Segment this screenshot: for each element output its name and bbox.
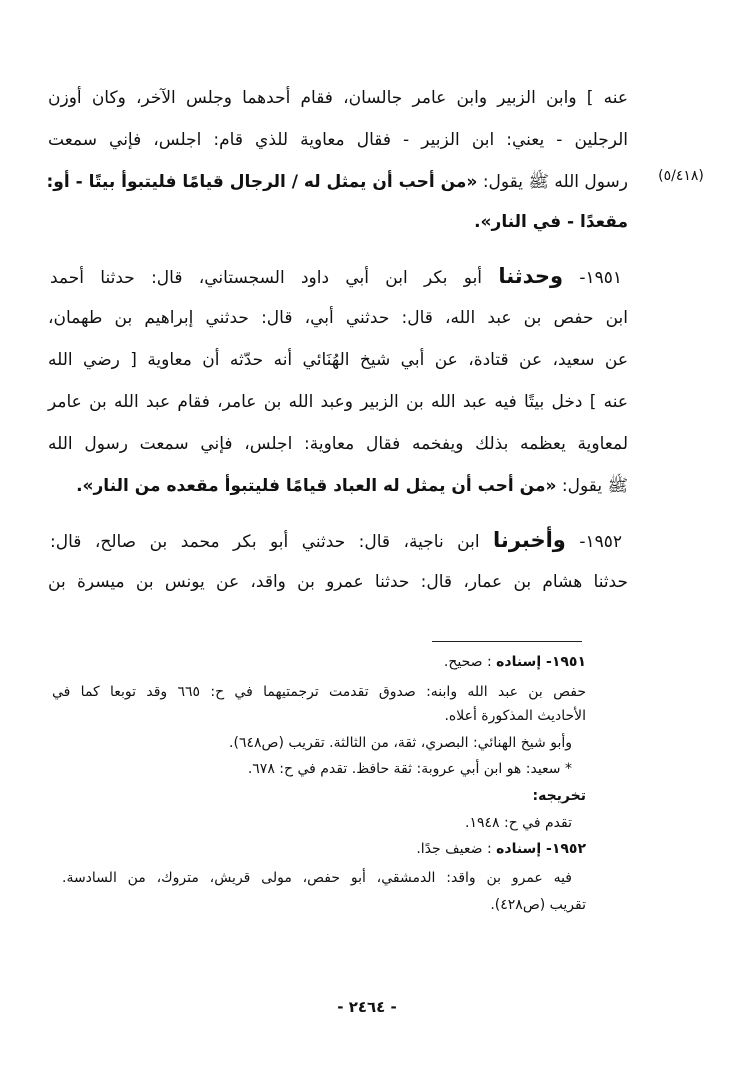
body-line-3: رسول الله ﷺ يقول: «من أحب أن يمثل له / ا… bbox=[48, 170, 628, 194]
text-span: رسول الله ﷺ يقول: bbox=[483, 172, 628, 192]
body-line-4: مقعدًا - في النار». bbox=[48, 210, 628, 234]
hadith-1951-line-5: لمعاوية يعظمه بذلك ويفخمه فقال معاوية: ا… bbox=[48, 432, 628, 456]
footnote-value: : صحيح. bbox=[444, 654, 492, 670]
footnote-line: تقريب (ص٤٢٨). bbox=[490, 895, 586, 915]
text-span: ابن ناجية، قال: حدثني أبو بكر محمد بن صا… bbox=[50, 532, 480, 552]
hadith-1951-line-6: ﷺ يقول: «من أحب أن يمثل له العباد قيامًا… bbox=[48, 474, 628, 498]
hadith-lead-word: وحدثنا bbox=[498, 264, 563, 288]
footnote-line: فيه عمرو بن واقد: الدمشقي، أبو حفص، مولى… bbox=[62, 868, 572, 888]
footnote-line: الأحاديث المذكورة أعلاه. bbox=[444, 706, 586, 726]
footnote-label: ١٩٥٢- إسناده bbox=[496, 841, 586, 857]
hadith-1951-line-2: ابن حفص بن عبد الله، قال: حدثني أبي، قال… bbox=[48, 306, 628, 330]
hadith-1951-line-4: عنه ] دخل بيتًا فيه عبد الله بن الزبير و… bbox=[48, 390, 628, 414]
hadith-number: ١٩٥٢- bbox=[579, 532, 622, 552]
takhrij-heading: تخريجه: bbox=[533, 786, 587, 806]
footnote-line: تقدم في ح: ١٩٤٨. bbox=[465, 813, 572, 833]
hadith-lead-word: وأخبرنا bbox=[493, 528, 566, 552]
hadith-1951-line-3: عن سعيد، عن قتادة، عن أبي شيخ الهُنَائي … bbox=[48, 348, 628, 372]
document-page: عنه ] وابن الزبير وابن عامر جالسان، فقام… bbox=[0, 0, 734, 1085]
text-span: أبو بكر ابن أبي داود السجستاني، قال: حدث… bbox=[50, 268, 482, 288]
body-line-2: الرجلين - يعني: ابن الزبير - فقال معاوية… bbox=[48, 128, 628, 152]
page-number: - ٢٤٦٤ - bbox=[300, 998, 434, 1016]
footnote-line: حفص بن عبد الله وابنه: صدوق تقدمت ترجمتي… bbox=[52, 682, 586, 702]
footnote-value: : ضعيف جدًا. bbox=[416, 841, 491, 857]
footnote-line: وأبو شيخ الهنائي: البصري، ثقة، من الثالث… bbox=[229, 733, 572, 753]
hadith-1952-line-1: ١٩٥٢- وأخبرنا ابن ناجية، قال: حدثني أبو … bbox=[50, 528, 622, 554]
footnote-line: * سعيد: هو ابن أبي عروبة: ثقة حافظ. تقدم… bbox=[248, 759, 572, 779]
hadith-quote: «من أحب أن يمثل له العباد قيامًا فليتبوأ… bbox=[76, 476, 556, 496]
footnote-1952-heading: ١٩٥٢- إسناده : ضعيف جدًا. bbox=[416, 839, 586, 859]
footnote-separator bbox=[432, 641, 582, 642]
text-span: ﷺ يقول: bbox=[562, 476, 628, 496]
margin-reference: (٥/٤١٨) bbox=[646, 168, 716, 184]
hadith-quote: «من أحب أن يمثل له / الرجال قيامًا فليتب… bbox=[46, 172, 477, 192]
footnote-1951-heading: ١٩٥١- إسناده : صحيح. bbox=[444, 652, 586, 672]
hadith-1951-line-1: ١٩٥١- وحدثنا أبو بكر ابن أبي داود السجست… bbox=[50, 264, 622, 290]
body-line-1: عنه ] وابن الزبير وابن عامر جالسان، فقام… bbox=[48, 86, 628, 110]
footnote-label: ١٩٥١- إسناده bbox=[496, 654, 586, 670]
hadith-1952-line-2: حدثنا هشام بن عمار، قال: حدثنا عمرو بن و… bbox=[48, 570, 628, 594]
hadith-number: ١٩٥١- bbox=[579, 268, 622, 288]
